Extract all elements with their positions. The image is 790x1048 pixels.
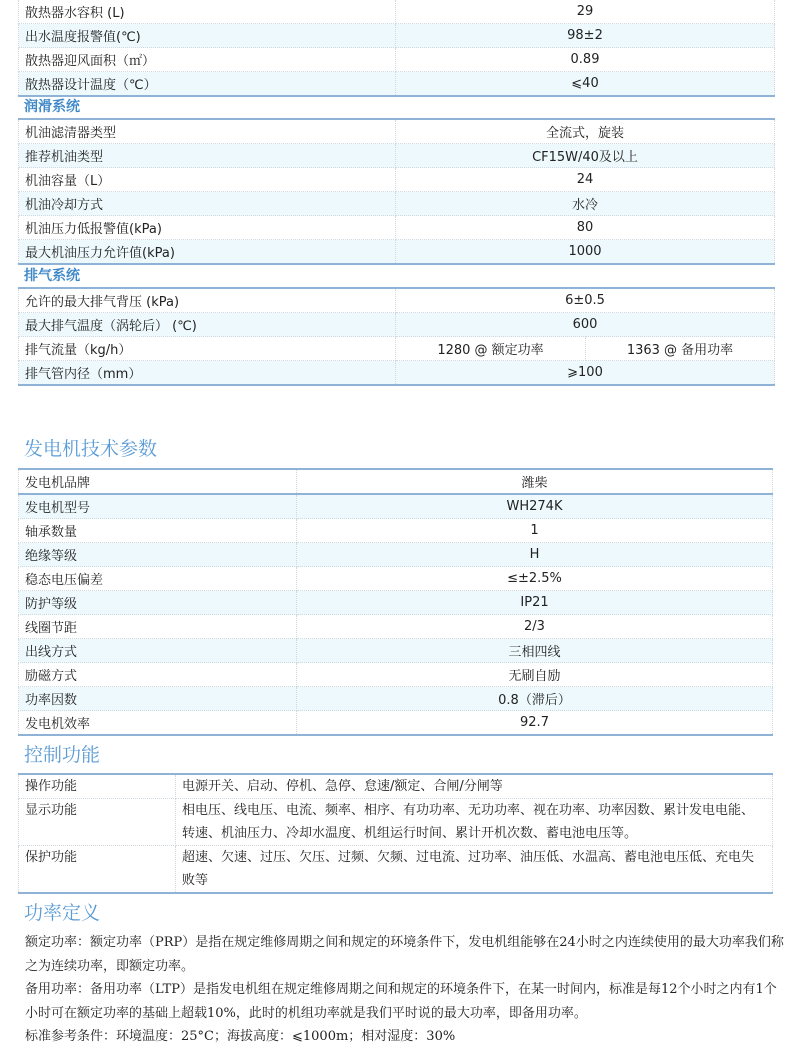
table-row: 机油冷却方式 水冷 [19,192,775,216]
row-value: 超速、欠速、过压、欠压、过频、欠频、过电流、过功率、油压低、水温高、蓄电池电压低… [176,846,773,894]
section-title-lubrication: 润滑系统 [24,96,80,116]
row-value: 水冷 [396,192,775,216]
row-label: 显示功能 [19,799,176,846]
table-row: 励磁方式 无刷自励 [19,663,773,687]
table-row: 散热器水容积 (L) 29 [19,0,775,24]
row-label: 机油滤清器类型 [19,119,396,144]
row-label: 出水温度报警值(℃) [19,24,396,48]
row-label: 最大排气温度（涡轮后） (℃) [19,313,396,337]
section-title-power-definition: 功率定义 [24,898,100,925]
table-row: 线圈节距 2/3 [19,615,773,639]
row-value: 80 [396,216,775,240]
row-value: 98±2 [396,24,775,48]
row-label: 操作功能 [19,774,176,799]
table-row: 轴承数量 1 [19,519,773,543]
row-label: 出线方式 [19,639,297,663]
table-row: 最大排气温度（涡轮后） (℃) 600 [19,313,775,337]
section-title-control: 控制功能 [24,740,100,767]
row-label: 排气流量（kg/h） [19,337,396,361]
row-value-rated: 1280 @ 额定功率 [396,337,586,361]
table-row: 散热器设计温度（℃） ⩽40 [19,72,775,97]
row-value: IP21 [297,591,773,615]
table-row: 功率因数 0.8（滞后） [19,687,773,711]
row-label: 散热器迎风面积（㎡） [19,48,396,72]
row-value: 24 [396,168,775,192]
exhaust-table: 允许的最大排气背压 (kPa) 6±0.5 最大排气温度（涡轮后） (℃) 60… [18,287,775,386]
row-value: 2/3 [297,615,773,639]
table-row: 机油容量（L） 24 [19,168,775,192]
section-title-generator: 发电机技术参数 [24,434,157,461]
row-value: ≤±2.5% [297,567,773,591]
row-label: 散热器水容积 (L) [19,0,396,24]
row-value: 电源开关、启动、停机、急停、怠速/额定、合闸/分闸等 [176,774,773,799]
row-label: 机油冷却方式 [19,192,396,216]
row-value: ⩾100 [396,361,775,386]
row-label: 绝缘等级 [19,543,297,567]
row-value: 全流式，旋装 [396,119,775,144]
row-label: 轴承数量 [19,519,297,543]
table-row: 显示功能 相电压、线电压、电流、频率、相序、有功功率、无功功率、视在功率、功率因… [19,799,773,846]
table-row: 机油压力低报警值(kPa) 80 [19,216,775,240]
row-label: 功率因数 [19,687,297,711]
table-row: 机油滤清器类型 全流式，旋装 [19,119,775,144]
row-value: 三相四线 [297,639,773,663]
table-row: 排气流量（kg/h） 1280 @ 额定功率 1363 @ 备用功率 [19,337,775,361]
row-value: H [297,543,773,567]
table-row: 推荐机油类型 CF15W/40及以上 [19,144,775,168]
row-label: 励磁方式 [19,663,297,687]
row-label: 最大机油压力允许值(kPa) [19,240,396,265]
row-value: 相电压、线电压、电流、频率、相序、有功功率、无功功率、视在功率、功率因数、累计发… [176,799,773,846]
row-label: 散热器设计温度（℃） [19,72,396,97]
row-value: 600 [396,313,775,337]
row-label: 允许的最大排气背压 (kPa) [19,288,396,313]
reference-conditions-paragraph: 标准参考条件：环境温度：25°C；海拔高度：⩽1000m；相对湿度：30% [25,1025,785,1048]
table-row: 出线方式 三相四线 [19,639,773,663]
table-row: 散热器迎风面积（㎡） 0.89 [19,48,775,72]
row-value: 0.8（滞后） [297,687,773,711]
row-label: 稳态电压偏差 [19,567,297,591]
power-definition-text: 额定功率：额定功率（PRP）是指在规定维修周期之间和规定的环境条件下，发电机组能… [25,931,785,1048]
row-label: 保护功能 [19,846,176,894]
section-title-exhaust: 排气系统 [24,265,80,285]
row-value: 无刷自励 [297,663,773,687]
row-value: 1 [297,519,773,543]
table-row: 保护功能 超速、欠速、过压、欠压、过频、欠频、过电流、过功率、油压低、水温高、蓄… [19,846,773,894]
row-label: 发电机品牌 [19,469,297,494]
row-value: 1000 [396,240,775,265]
row-value: 92.7 [297,711,773,736]
row-value: 潍柴 [297,469,773,494]
row-label: 线圈节距 [19,615,297,639]
lubrication-table: 机油滤清器类型 全流式，旋装 推荐机油类型 CF15W/40及以上 机油容量（L… [18,118,775,265]
row-value-standby: 1363 @ 备用功率 [586,337,775,361]
table-row: 稳态电压偏差 ≤±2.5% [19,567,773,591]
row-value: 29 [396,0,775,24]
table-row: 出水温度报警值(℃) 98±2 [19,24,775,48]
standby-power-paragraph: 备用功率：备用功率（LTP）是指发电机组在规定维修周期之间和规定的环境条件下，在… [25,978,785,1025]
table-row: 操作功能 电源开关、启动、停机、急停、怠速/额定、合闸/分闸等 [19,774,773,799]
row-label: 机油容量（L） [19,168,396,192]
table-row: 发电机效率 92.7 [19,711,773,736]
row-value: WH274K [297,494,773,519]
table-row: 防护等级 IP21 [19,591,773,615]
row-label: 防护等级 [19,591,297,615]
row-value: 6±0.5 [396,288,775,313]
row-value: 0.89 [396,48,775,72]
row-label: 机油压力低报警值(kPa) [19,216,396,240]
table-row: 允许的最大排气背压 (kPa) 6±0.5 [19,288,775,313]
row-label: 排气管内径（mm） [19,361,396,386]
table-row: 发电机型号 WH274K [19,494,773,519]
table-row: 最大机油压力允许值(kPa) 1000 [19,240,775,265]
table-row: 排气管内径（mm） ⩾100 [19,361,775,386]
row-value: CF15W/40及以上 [396,144,775,168]
row-label: 发电机效率 [19,711,297,736]
row-value: ⩽40 [396,72,775,97]
row-label: 推荐机油类型 [19,144,396,168]
table-row: 发电机品牌 潍柴 [19,469,773,494]
row-label: 发电机型号 [19,494,297,519]
generator-table: 发电机品牌 潍柴 发电机型号 WH274K 轴承数量 1 绝缘等级 H 稳态电压… [18,468,773,736]
rated-power-paragraph: 额定功率：额定功率（PRP）是指在规定维修周期之间和规定的环境条件下，发电机组能… [25,931,785,978]
control-table: 操作功能 电源开关、启动、停机、急停、怠速/额定、合闸/分闸等 显示功能 相电压… [18,773,773,894]
table-row: 绝缘等级 H [19,543,773,567]
cooling-table: 散热器水容积 (L) 29 出水温度报警值(℃) 98±2 散热器迎风面积（㎡）… [18,0,775,97]
